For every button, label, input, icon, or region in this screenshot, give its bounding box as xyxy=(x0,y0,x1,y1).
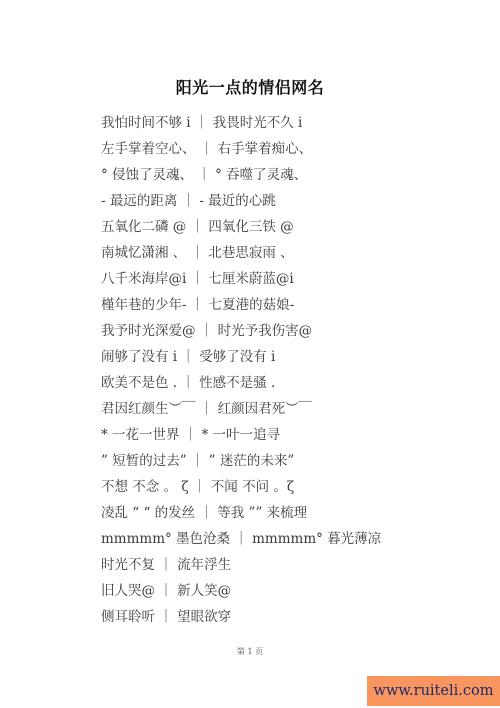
watermark-banner: www.ruiteli.com xyxy=(367,676,500,706)
document-title: 阳光一点的情侣网名 xyxy=(0,75,500,98)
list-item: ° 侵蚀了灵魂、 ｜ ° 吞噬了灵魂、 xyxy=(101,165,381,191)
list-item: 凌乱 “ “ 的发丝 ｜ 等我 ”” 来梳理 xyxy=(101,503,381,529)
list-item: 我怕时间不够 i ｜ 我畏时光不久 i xyxy=(101,113,381,139)
page-number: 第 1 页 xyxy=(0,646,500,657)
list-item: 南城忆潇湘 、 ｜ 北巷思寂雨 、 xyxy=(101,243,381,269)
list-item: * 一花一世界 ｜ * 一叶一追寻 xyxy=(101,425,381,451)
list-item: 欧美不是色 . ｜ 性感不是骚 . xyxy=(101,373,381,399)
list-item: 侧耳聆听 ｜ 望眼欲穿 xyxy=(101,607,381,633)
list-item: 君因红颜生︶￣ ｜ 红颜因君死︶￣ xyxy=(101,399,381,425)
list-item: 旧人哭@ ｜ 新人笑@ xyxy=(101,581,381,607)
nickname-list: 我怕时间不够 i ｜ 我畏时光不久 i 左手掌着空心、 ｜ 右手掌着痴心、 ° … xyxy=(101,113,381,633)
list-item: 五氧化二磷 @ ｜ 四氧化三铁 @ xyxy=(101,217,381,243)
list-item: 不想 不念 。 ζ ｜ 不闻 不问 。ζ xyxy=(101,477,381,503)
list-item: ” 短暂的过去” ｜ ” 迷茫的未来” xyxy=(101,451,381,477)
list-item: - 最远的距离 ｜ - 最近的心跳 xyxy=(101,191,381,217)
list-item: 闹够了没有 i ｜ 受够了没有 i xyxy=(101,347,381,373)
list-item: 时光不复 ｜ 流年浮生 xyxy=(101,555,381,581)
list-item: 左手掌着空心、 ｜ 右手掌着痴心、 xyxy=(101,139,381,165)
list-item: mmmmm° 墨色沧桑 ｜ mmmmm° 暮光薄凉 xyxy=(101,529,381,555)
list-item: 我予时光深爱@ ｜ 时光予我伤害@ xyxy=(101,321,381,347)
list-item: 槿年巷的少年- ｜ 七夏港的菇娘- xyxy=(101,295,381,321)
list-item: 八千米海岸@i ｜ 七厘米蔚蓝@i xyxy=(101,269,381,295)
